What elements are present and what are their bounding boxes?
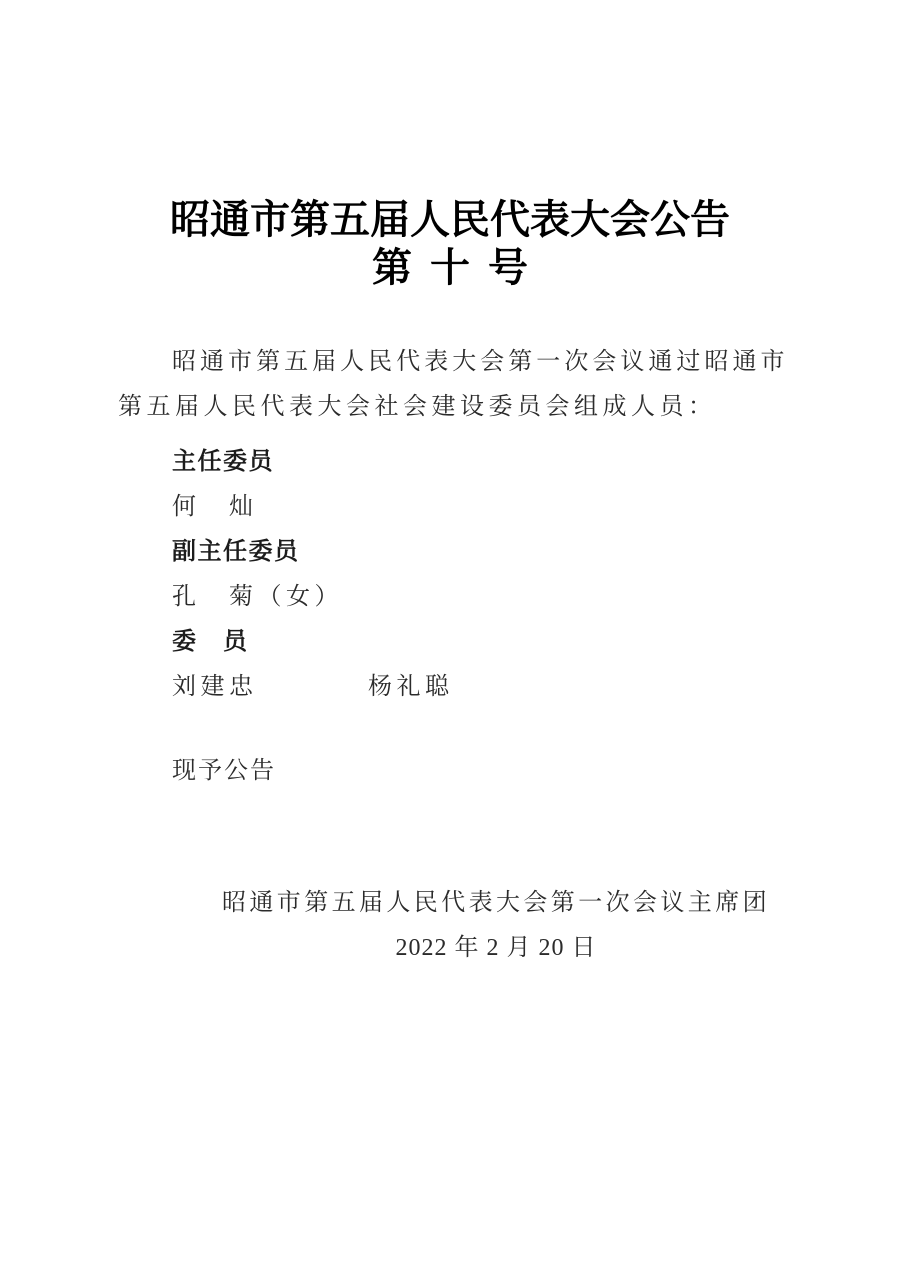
signature-block: 昭通市第五届人民代表大会第一次会议主席团 2022 年 2 月 20 日: [0, 881, 770, 971]
roster-members-row: 刘建忠杨礼聪: [172, 665, 900, 710]
announcement-title-line1: 昭通市第五届人民代表大会公告: [0, 196, 900, 244]
roster-name-chairman: 何 灿: [172, 485, 900, 530]
roster-member-1: 刘建忠: [172, 665, 368, 710]
committee-roster: 主任委员 何 灿 副主任委员 孔 菊（女） 委 员 刘建忠杨礼聪: [172, 440, 900, 710]
roster-member-2: 杨礼聪: [368, 665, 454, 710]
roster-label-chairman: 主任委员: [172, 440, 900, 485]
announcement-title: 昭通市第五届人民代表大会公告 第十号: [0, 0, 900, 292]
roster-name-vice-chairman: 孔 菊（女）: [172, 575, 900, 620]
roster-label-vice-chairman: 副主任委员: [172, 530, 900, 575]
body-line-1: 昭通市第五届人民代表大会第一次会议通过昭通市: [118, 340, 787, 385]
signature-issuer: 昭通市第五届人民代表大会第一次会议主席团: [222, 881, 770, 926]
signature-inner: 昭通市第五届人民代表大会第一次会议主席团 2022 年 2 月 20 日: [222, 881, 770, 971]
closing-statement: 现予公告: [172, 749, 900, 794]
announcement-title-number: 第十号: [0, 244, 900, 292]
signature-date: 2022 年 2 月 20 日: [222, 926, 770, 971]
announcement-body: 昭通市第五届人民代表大会第一次会议通过昭通市 第五届人民代表大会社会建设委员会组…: [118, 340, 787, 430]
body-line-2: 第五届人民代表大会社会建设委员会组成人员：: [118, 385, 787, 430]
document-page: 昭通市第五届人民代表大会公告 第十号 昭通市第五届人民代表大会第一次会议通过昭通…: [0, 0, 900, 1273]
roster-label-members: 委 员: [172, 620, 900, 665]
